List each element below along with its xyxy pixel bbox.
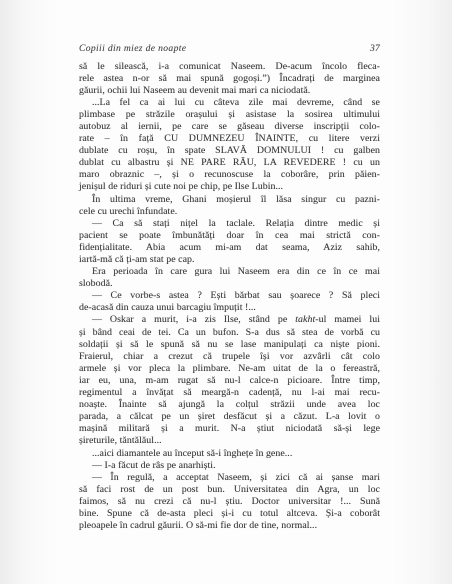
text-line: parada, a călcat pe un șiret desfăcut și…: [79, 411, 380, 423]
text-line: jenișul de riduri și cute noi pe chip, p…: [79, 181, 380, 193]
text-line: rele astea n-or să mai spună gogoși.”) Î…: [79, 73, 380, 85]
text-line: ...La fel ca ai lui cu câteva zile mai d…: [79, 97, 380, 109]
text-line: — Ce vorbe-s astea ? Ești bărbat sau șoa…: [79, 290, 380, 302]
text-line: plimbase pe străzile orașului și asistas…: [79, 109, 380, 121]
text-line: să le silească, i-a comunicat Naseem. De…: [79, 61, 380, 73]
text-line: dublat cu albastru și NE PARE RĂU, LA RE…: [79, 157, 380, 169]
text-line: bine. Spune că de-asta pleci și-i cu tot…: [79, 508, 380, 520]
paragraph: — Ce vorbe-s astea ? Ești bărbat sau șoa…: [79, 290, 380, 314]
text-line: — Oskar a murit, i-a zis Ilse, stând pe …: [79, 314, 380, 326]
page-number: 37: [370, 43, 380, 54]
text-line: — I-a făcut de râs pe anarhiști.: [79, 460, 380, 472]
text-line: găurii, ochii lui Naseem au devenit mai …: [79, 85, 380, 97]
text-line: dublate cu roșu, în spate SLAVĂ DOMNULUI…: [79, 145, 380, 157]
text-line: armele și vor pleca la plimbare. Ne-am u…: [79, 363, 380, 375]
text-line: Fraierul, chiar a crezut că trupele își …: [79, 351, 380, 363]
text-line: fidențialitate. Abia acum mi-am dat seam…: [79, 242, 380, 254]
book-title: Copiii din miez de noapte: [79, 43, 186, 54]
book-page-scan: Copiii din miez de noapte 37 să le silea…: [0, 0, 452, 584]
text-line: pleoapele în cadrul găurii. O să-mi fie …: [79, 520, 380, 532]
text-line: să faci rost de un post bun. Universitat…: [79, 484, 380, 496]
paragraph: ...aici diamantele au început să-i înghe…: [79, 448, 380, 460]
page-body: să le silească, i-a comunicat Naseem. De…: [79, 61, 380, 533]
text-line: — Ca să stați nițel la taclale. Relația …: [79, 218, 380, 230]
text-line: Era perioada în care gura lui Naseem era…: [79, 266, 380, 278]
text-line: iar eu, una, m-am rugat să nu-l calce-n …: [79, 375, 380, 387]
text-line: maro obraznic –, și o recunoscuse la cob…: [79, 169, 380, 181]
paragraph: În ultima vreme, Ghani moșierul îl lăsa …: [79, 194, 380, 218]
text-line: șireturile, tăntălăul...: [79, 435, 380, 447]
text-line: autobuz al iernii, pe care se găseau div…: [79, 121, 380, 133]
text-line: În ultima vreme, Ghani moșierul îl lăsa …: [79, 194, 380, 206]
paragraph: — În regulă, a acceptat Naseem, și zici …: [79, 472, 380, 532]
paragraph: — Ca să stați nițel la taclale. Relația …: [79, 218, 380, 266]
text-line: mașină militară și a murit. N-a știut ni…: [79, 423, 380, 435]
text-line: de-acasă din cauza unui barcagiu împuțit…: [79, 302, 380, 314]
text-line: — În regulă, a acceptat Naseem, și zici …: [79, 472, 380, 484]
paragraph: ...La fel ca ai lui cu câteva zile mai d…: [79, 97, 380, 194]
paragraph: să le silească, i-a comunicat Naseem. De…: [79, 61, 380, 97]
text-line: rate – în față CU DUMNEZEU ÎNAINTE, cu l…: [79, 133, 380, 145]
paragraph: Era perioada în care gura lui Naseem era…: [79, 266, 380, 290]
running-header: Copiii din miez de noapte 37: [79, 43, 380, 54]
text-line: noaște. Înainte să ajungă la colțul stră…: [79, 399, 380, 411]
text-line: faimos, să nu crezi că nu-l știu. Doctor…: [79, 496, 380, 508]
paragraph: — I-a făcut de râs pe anarhiști.: [79, 460, 380, 472]
text-line: cele cu urechi înfundate.: [79, 206, 380, 218]
text-line: slobodă.: [79, 278, 380, 290]
text-line: soldații și să le spună să nu se lase ma…: [79, 339, 380, 351]
text-line: pacient se poate îmbunătăți doar în cea …: [79, 230, 380, 242]
text-line: iartă-mă că ți-am stat pe cap.: [79, 254, 380, 266]
text-line: ...aici diamantele au început să-i înghe…: [79, 448, 380, 460]
paragraph: — Oskar a murit, i-a zis Ilse, stând pe …: [79, 314, 380, 447]
text-line: regimentul a învățat să meargă-n cadență…: [79, 387, 380, 399]
text-line: și bând ceai de tei. Ca un bufon. S-a du…: [79, 327, 380, 339]
